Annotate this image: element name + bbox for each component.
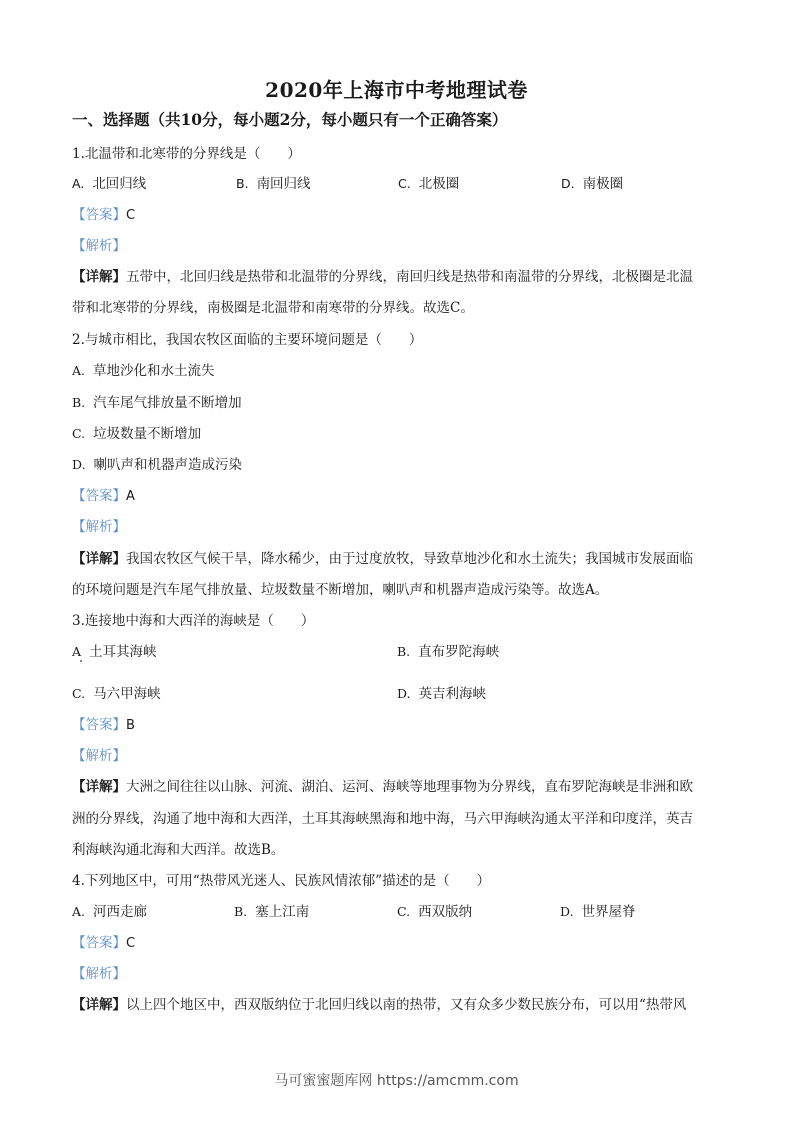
option-text: 英吉利海峡	[419, 686, 487, 702]
q3-detail-line-1: 【详解】大洲之间往往以山脉、河流、湖泊、运河、海峡等地理事物为分界线，直布罗陀海…	[72, 775, 693, 795]
question-1-stem: 1.北温带和北寒带的分界线是（ ）	[72, 142, 301, 162]
detail-tag: 【详解】	[72, 779, 126, 795]
q2-option-b: B.汽车尾气排放量不断增加	[72, 391, 242, 411]
option-letter: D.	[560, 904, 574, 919]
q1-option-b: B.南回归线	[236, 172, 311, 192]
option-text: 塞上江南	[255, 904, 309, 920]
question-4-stem: 4.下列地区中，可用“热带风光迷人、民族风情浓郁”描述的是（ ）	[72, 869, 490, 889]
option-text: 世界屋脊	[582, 904, 636, 920]
option-letter: A	[72, 644, 81, 659]
section-heading: 一、选择题（共10分，每小题2分，每小题只有一个正确答案）	[72, 108, 507, 130]
option-text: 土耳其海峡	[89, 644, 157, 660]
q2-detail-line-2: 的环境问题是汽车尾气排放量、垃圾数量不断增加，喇叭声和机器声造成污染等。故选A。	[72, 578, 608, 598]
q1-option-d: D.南极圈	[561, 172, 623, 192]
option-text: 北回归线	[92, 176, 146, 192]
q4-analysis-tag: 【解析】	[72, 962, 126, 982]
footer-watermark: 马可蜜蜜题库网 https://amcmm.com	[0, 1070, 793, 1090]
option-letter: D.	[561, 176, 575, 191]
detail-tag: 【详解】	[72, 551, 126, 567]
option-letter: C.	[398, 176, 411, 191]
option-text: 南极圈	[583, 176, 624, 192]
option-letter: B.	[234, 904, 247, 919]
option-text: 马六甲海峡	[93, 686, 161, 702]
option-letter: A.	[72, 363, 85, 378]
q1-detail-line-2: 带和北寒带的分界线，南极圈是北温带和南寒带的分界线。故选C。	[72, 296, 474, 316]
q3-option-d: D.英吉利海峡	[397, 682, 486, 702]
option-text: 直布罗陀海峡	[418, 644, 499, 660]
q2-detail-line-1: 【详解】我国农牧区气候干旱，降水稀少，由于过度放牧，导致草地沙化和水土流失；我国…	[72, 547, 693, 567]
option-text: 南回归线	[257, 176, 311, 192]
option-text: 垃圾数量不断增加	[93, 426, 201, 442]
answer-value: C	[126, 208, 135, 223]
question-2-stem: 2.与城市相比，我国农牧区面临的主要环境问题是（ ）	[72, 328, 422, 348]
answer-tag: 【答案】	[72, 488, 126, 504]
q1-option-c: C.北极圈	[398, 172, 459, 192]
q2-analysis-tag: 【解析】	[72, 515, 126, 535]
q4-option-c: C.西双版纳	[397, 900, 472, 920]
q4-option-a: A.河西走廊	[72, 900, 147, 920]
q2-answer: 【答案】A	[72, 484, 135, 504]
q2-option-c: C.垃圾数量不断增加	[72, 422, 201, 442]
q3-answer: 【答案】B	[72, 713, 135, 733]
option-letter: A.	[72, 904, 85, 919]
answer-tag: 【答案】	[72, 717, 126, 733]
option-letter: C.	[397, 904, 410, 919]
answer-tag: 【答案】	[72, 207, 126, 223]
option-letter: C.	[72, 686, 85, 701]
q2-option-d: D.喇叭声和机器声造成污染	[72, 453, 242, 473]
option-letter: D.	[72, 457, 86, 472]
answer-value: C	[126, 936, 135, 951]
exam-page: 2020年上海市中考地理试卷 一、选择题（共10分，每小题2分，每小题只有一个正…	[0, 0, 793, 1122]
q4-answer: 【答案】C	[72, 931, 135, 951]
page-title: 2020年上海市中考地理试卷	[0, 74, 793, 103]
option-letter: A.	[72, 176, 84, 191]
option-letter: B.	[236, 176, 249, 191]
q4-option-b: B.塞上江南	[234, 900, 309, 920]
answer-tag: 【答案】	[72, 935, 126, 951]
q3-detail-line-3: 利海峡沟通北海和大西洋。故选B。	[72, 838, 284, 858]
option-text: 草地沙化和水土流失	[93, 363, 215, 379]
option-text: 西双版纳	[418, 904, 472, 920]
q3-option-a: A土耳其海峡	[72, 640, 157, 660]
q2-option-a: A.草地沙化和水土流失	[72, 359, 215, 379]
option-text: 河西走廊	[93, 904, 147, 920]
detail-text: 大洲之间往往以山脉、河流、湖泊、运河、海峡等地理事物为分界线，直布罗陀海峡是非洲…	[126, 779, 693, 795]
option-letter: B.	[72, 395, 85, 410]
option-letter: B.	[397, 644, 410, 659]
answer-value: B	[126, 718, 135, 733]
detail-text: 五带中，北回归线是热带和北温带的分界线，南回归线是热带和南温带的分界线，北极圈是…	[126, 269, 693, 285]
q4-detail-line-1: 【详解】以上四个地区中，西双版纳位于北回归线以南的热带，又有众多少数民族分布，可…	[72, 993, 686, 1013]
q3-option-c: C.马六甲海峡	[72, 682, 161, 702]
q4-option-d: D.世界屋脊	[560, 900, 636, 920]
detail-text: 以上四个地区中，西双版纳位于北回归线以南的热带，又有众多少数民族分布，可以用“热…	[126, 997, 686, 1013]
answer-value: A	[126, 489, 135, 504]
option-letter: C.	[72, 426, 85, 441]
detail-tag: 【详解】	[72, 269, 126, 285]
option-text: 汽车尾气排放量不断增加	[93, 395, 242, 411]
question-3-stem: 3.连接地中海和大西洋的海峡是（ ）	[72, 609, 314, 629]
detail-tag: 【详解】	[72, 997, 126, 1013]
q3-option-b: B.直布罗陀海峡	[397, 640, 499, 660]
detail-text: 我国农牧区气候干旱，降水稀少，由于过度放牧，导致草地沙化和水土流失；我国城市发展…	[126, 551, 693, 567]
option-letter: D.	[397, 686, 411, 701]
option-text: 喇叭声和机器声造成污染	[94, 457, 243, 473]
q3-detail-line-2: 洲的分界线，沟通了地中海和大西洋，土耳其海峡黑海和地中海，马六甲海峡沟通太平洋和…	[72, 807, 693, 827]
option-text: 北极圈	[419, 176, 460, 192]
q1-analysis-tag: 【解析】	[72, 234, 126, 254]
q1-answer: 【答案】C	[72, 203, 135, 223]
q3-analysis-tag: 【解析】	[72, 744, 126, 764]
q1-option-a: A.北回归线	[72, 172, 146, 192]
q1-detail-line-1: 【详解】五带中，北回归线是热带和北温带的分界线，南回归线是热带和南温带的分界线，…	[72, 265, 693, 285]
stray-mark	[80, 660, 82, 662]
